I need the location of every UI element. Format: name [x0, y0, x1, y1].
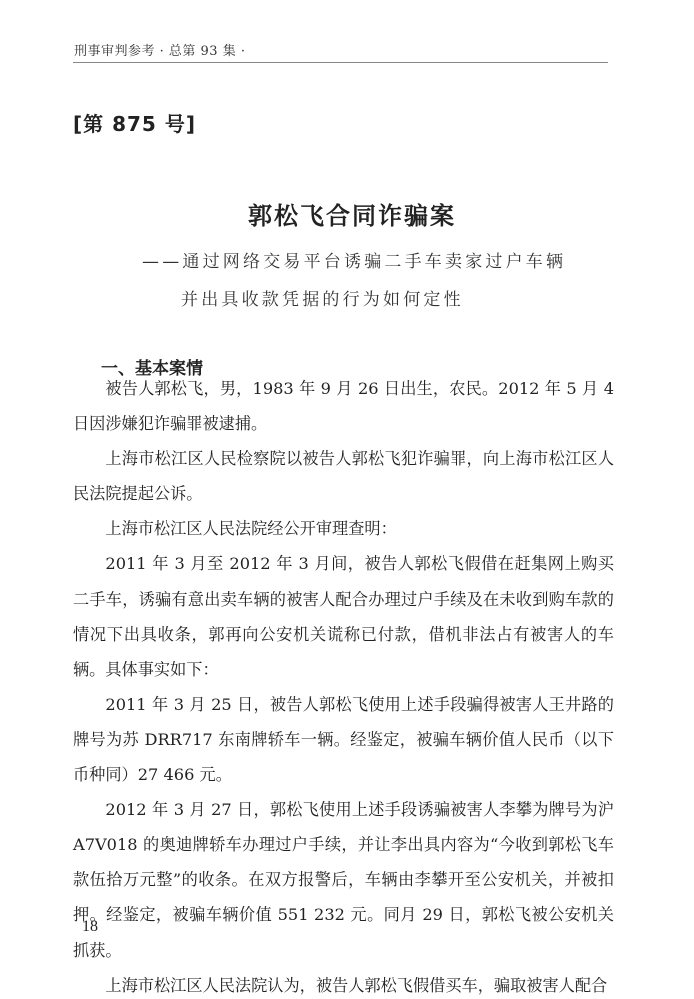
running-head: 刑事审判参考 · 总第 93 集 · — [74, 40, 245, 59]
article-subtitle-line2: 并出具收款凭据的行为如何定性 — [181, 285, 464, 310]
paragraph: 2011 年 3 月 25 日，被告人郭松飞使用上述手段骗得被害人王井路的牌号为… — [73, 687, 614, 792]
paragraph: 上海市松江区人民法院认为，被告人郭松飞假借买车，骗取被害人配合 — [73, 968, 614, 999]
header-rule — [73, 62, 608, 63]
case-number: [第 875 号] — [73, 108, 196, 137]
body-text: 被告人郭松飞，男，1983 年 9 月 26 日出生，农民。2012 年 5 月… — [73, 371, 614, 999]
article-subtitle-line1: ——通过网络交易平台诱骗二手车卖家过户车辆 — [142, 247, 566, 272]
article-title: 郭松飞合同诈骗案 — [0, 196, 694, 231]
page-number: 18 — [82, 918, 98, 936]
paragraph: 2011 年 3 月至 2012 年 3 月间，被告人郭松飞假借在赶集网上购买二… — [73, 546, 614, 686]
paragraph: 被告人郭松飞，男，1983 年 9 月 26 日出生，农民。2012 年 5 月… — [73, 371, 614, 441]
paragraph: 上海市松江区人民法院经公开审理查明： — [73, 511, 614, 546]
paragraph: 上海市松江区人民检察院以被告人郭松飞犯诈骗罪，向上海市松江区人民法院提起公诉。 — [73, 441, 614, 511]
paragraph: 2012 年 3 月 27 日，郭松飞使用上述手段诱骗被害人李攀为牌号为沪 A7… — [73, 792, 614, 967]
